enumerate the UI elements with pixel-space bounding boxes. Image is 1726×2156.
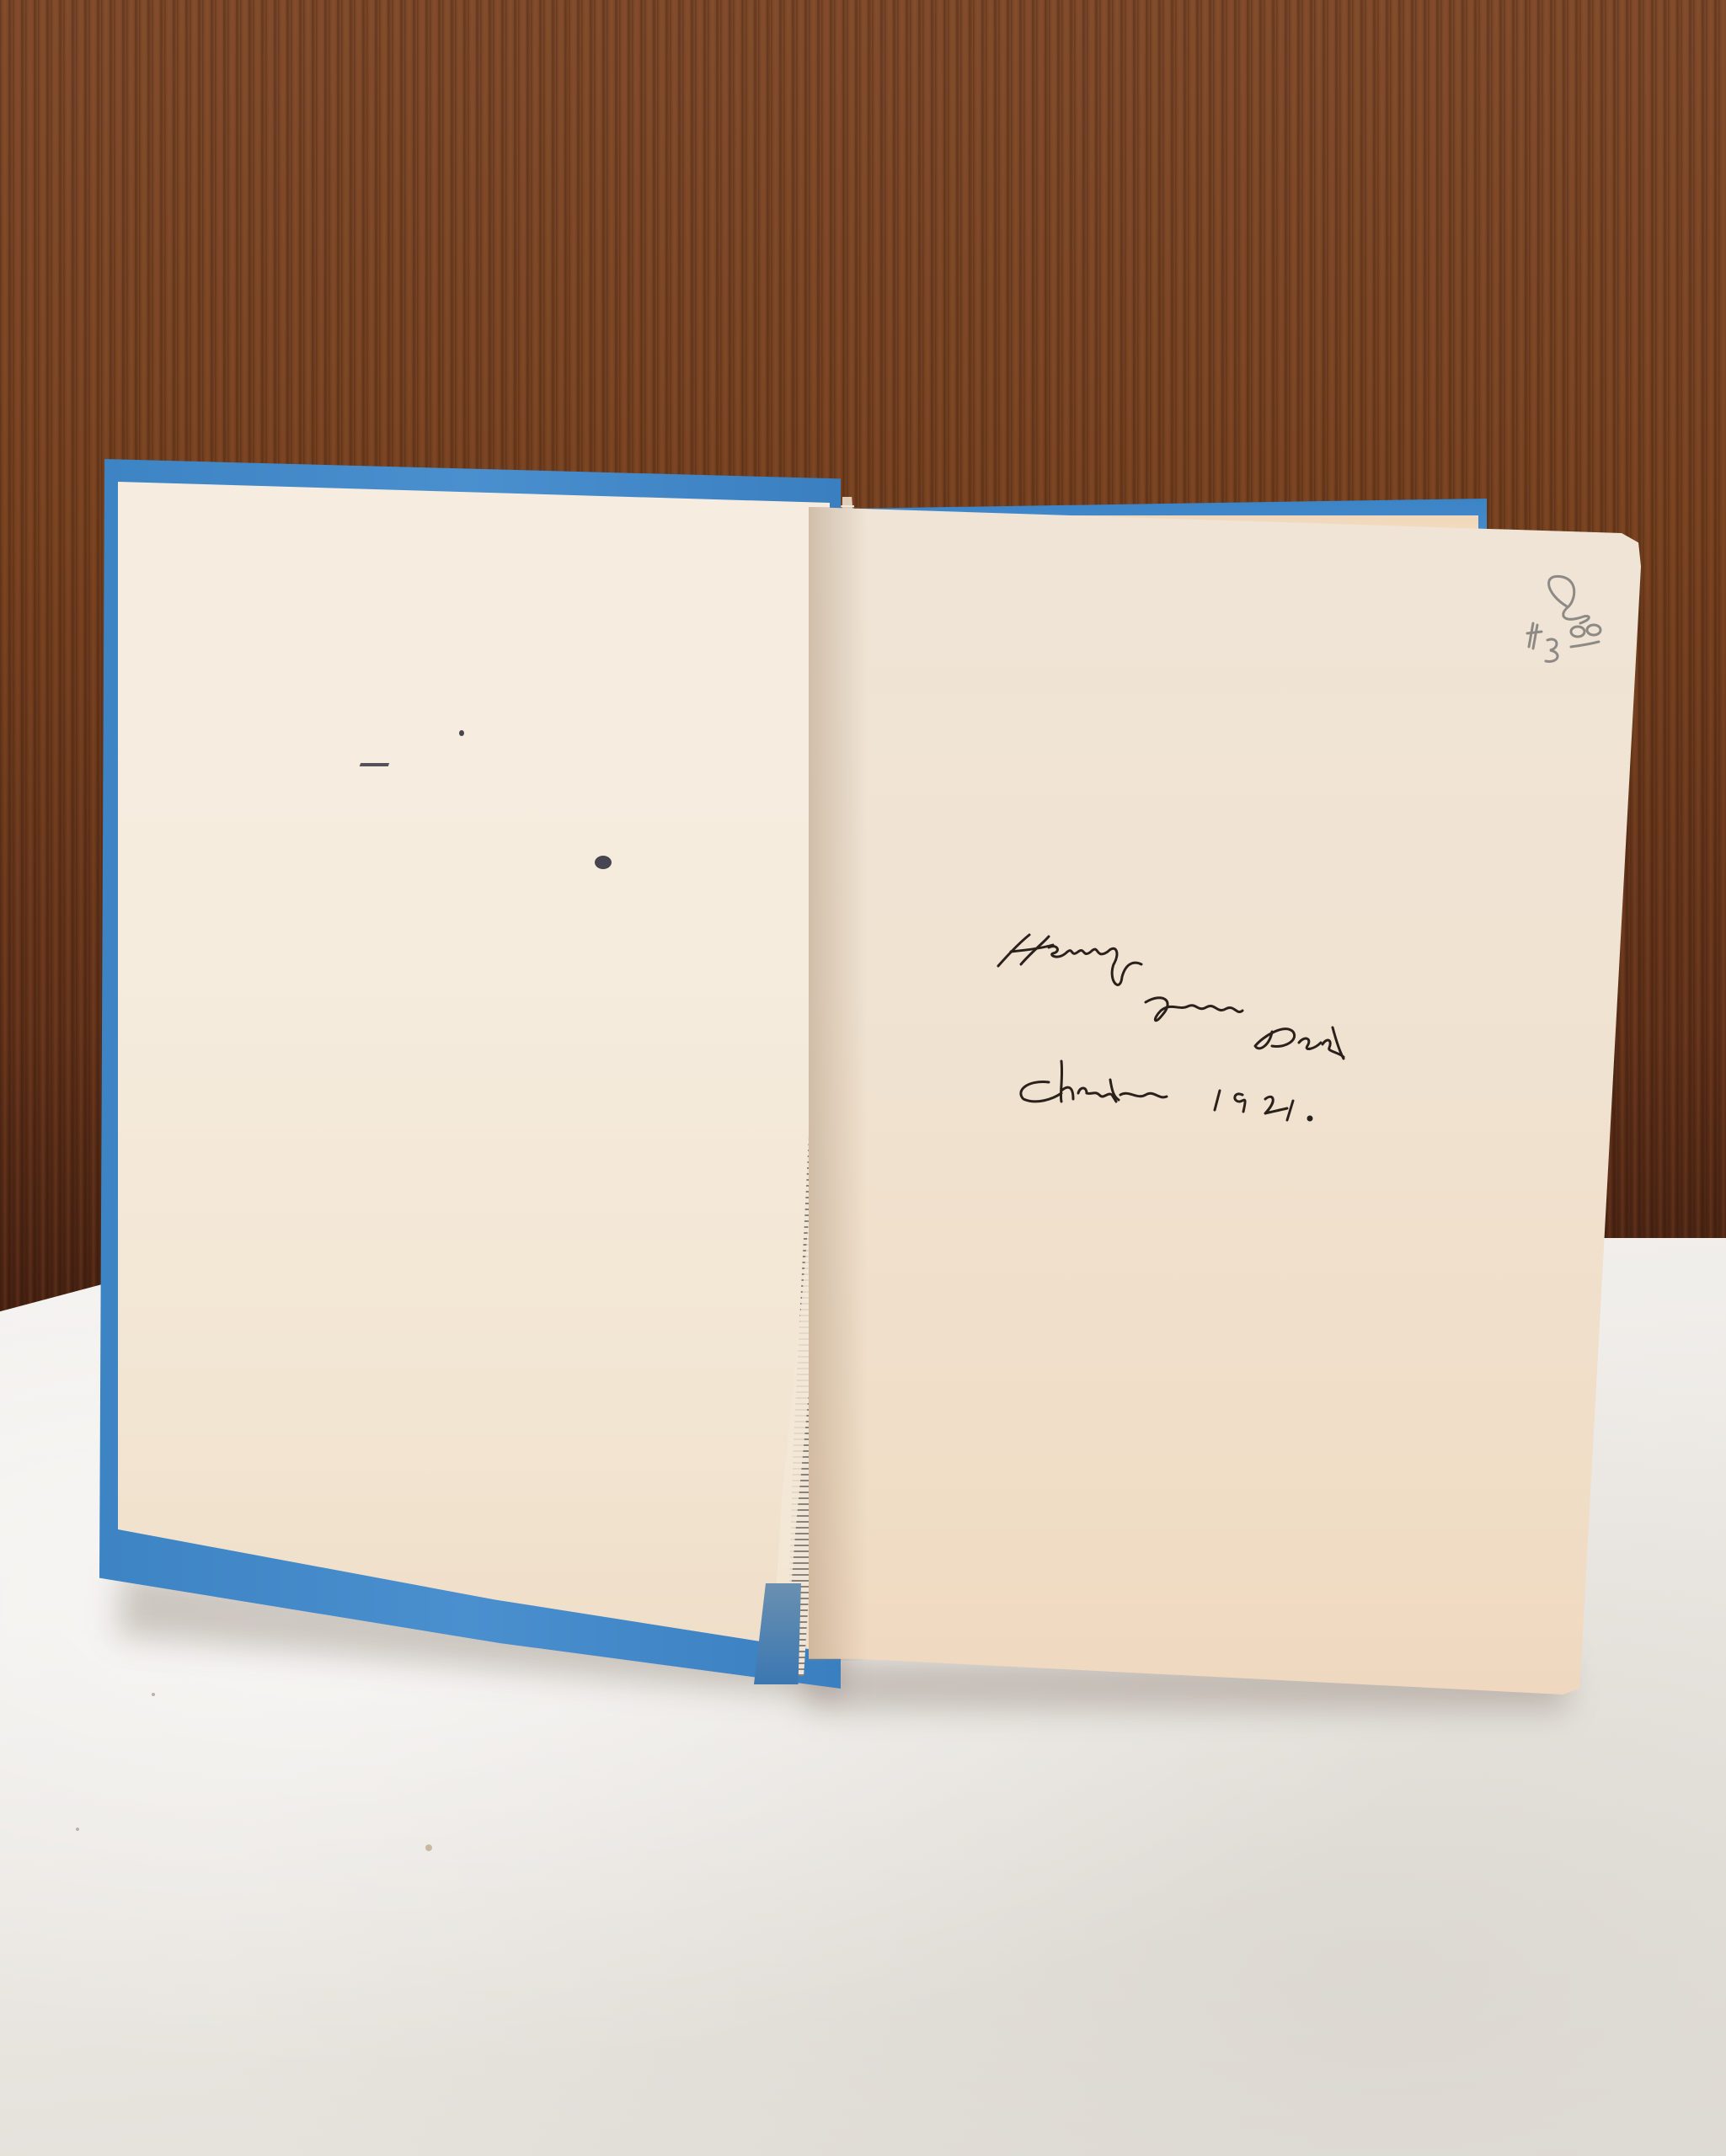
ink-dot [459, 730, 464, 736]
gutter-shadow [809, 507, 868, 1661]
cloth-speck [425, 1844, 432, 1851]
cloth-speck [152, 1693, 155, 1696]
cloth-speck [76, 1828, 79, 1831]
ink-blot [595, 856, 612, 869]
left-pastedown-page [118, 482, 830, 1652]
ink-squiggle [360, 751, 394, 766]
pencil-price-mark: #3.00 [1499, 556, 1668, 682]
handwritten-inscription: Henry from Dad Christmas 1921. [969, 884, 1390, 1137]
